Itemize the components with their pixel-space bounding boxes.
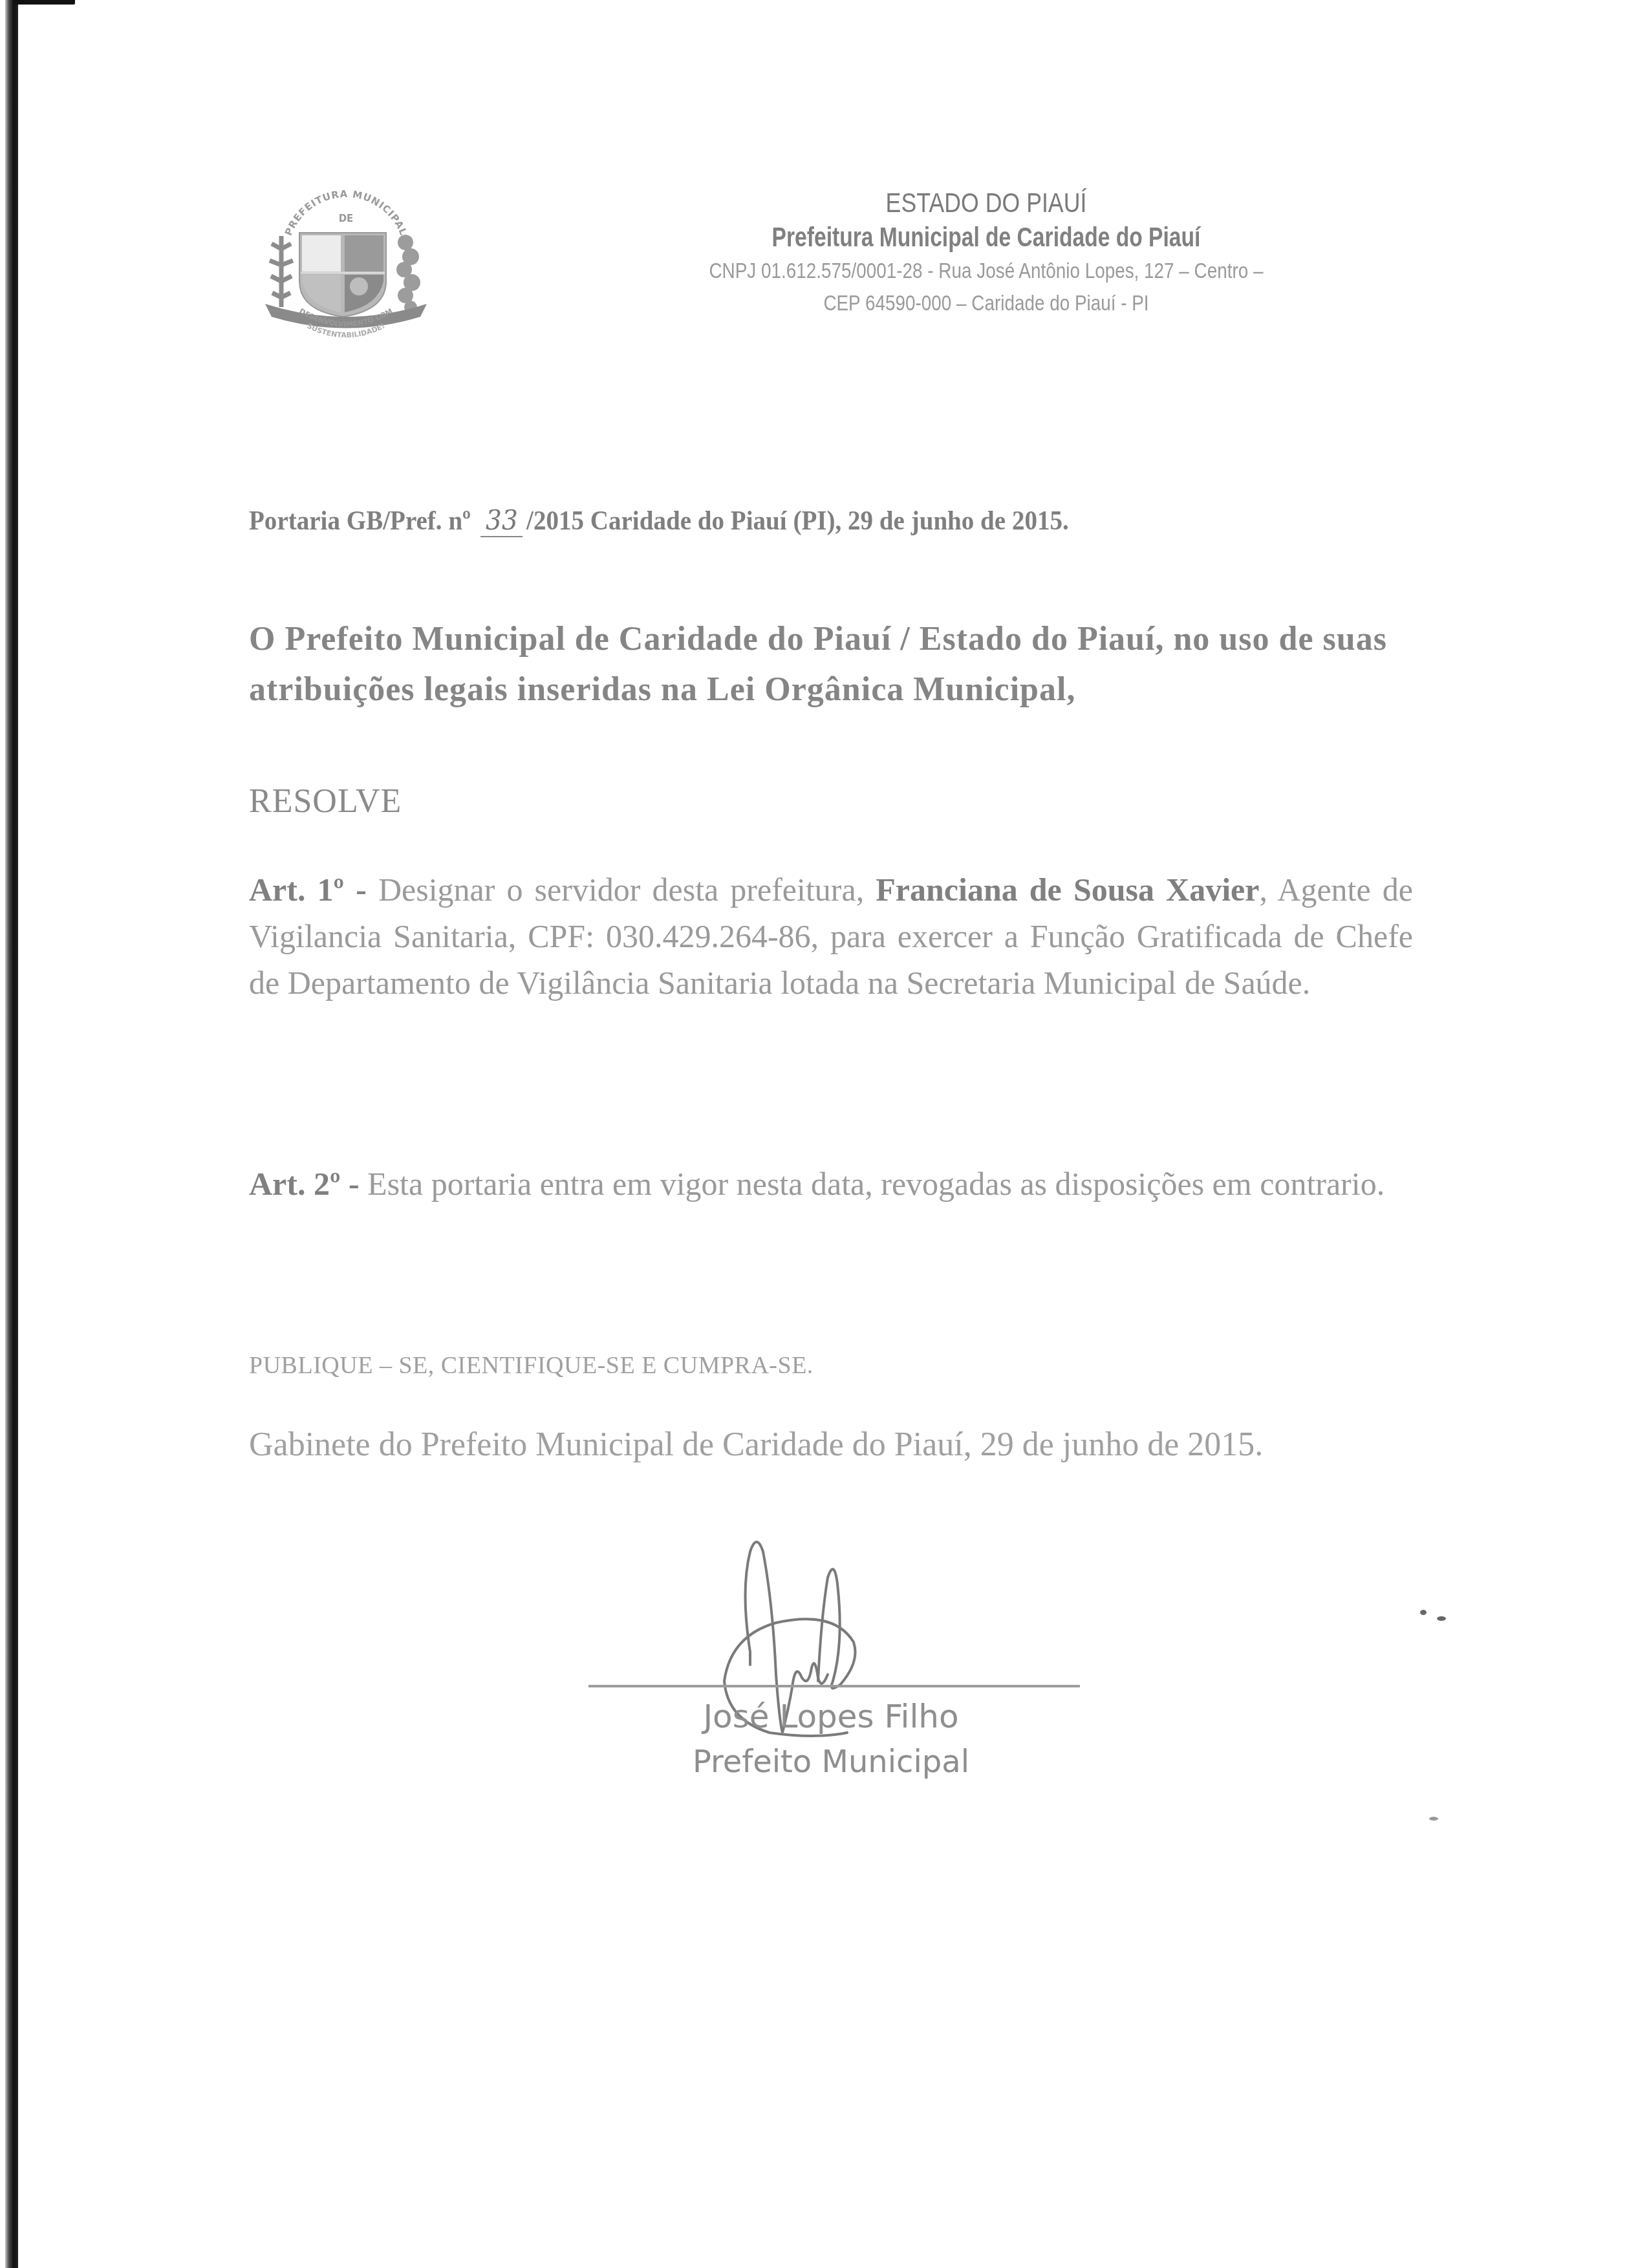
signatory-name: José Lopes Filho — [585, 1694, 1077, 1739]
article-2: Art. 2º - Esta portaria entra em vigor n… — [249, 1161, 1413, 1207]
article-2-text: Esta portaria entra em vigor nesta data,… — [360, 1166, 1385, 1202]
signature-line — [588, 1685, 1080, 1687]
article-1-text-before: Designar o servidor desta prefeitura, — [367, 872, 876, 908]
signatory-block: José Lopes Filho Prefeito Municipal — [585, 1694, 1077, 1784]
scan-speck — [1429, 1817, 1438, 1821]
cep-city: CEP 64590-000 – Caridade do Piauí - PI — [655, 287, 1318, 319]
scan-border-left — [5, 0, 18, 2268]
portaria-heading: Portaria GB/Pref. nº 33/2015 Caridade do… — [249, 504, 1069, 537]
article-2-label: Art. 2º - — [249, 1166, 360, 1202]
portaria-number: 33 — [480, 504, 523, 537]
resolve-heading: RESOLVE — [249, 782, 402, 820]
designated-employee-name: Franciana de Sousa Xavier — [876, 872, 1259, 908]
state-name: ESTADO DO PIAUÍ — [643, 186, 1330, 220]
scan-speck — [1420, 1610, 1427, 1615]
svg-text:DE: DE — [339, 213, 354, 224]
signatory-title: Prefeito Municipal — [585, 1739, 1077, 1784]
cnpj-address: CNPJ 01.612.575/0001-28 - Rua José Antôn… — [655, 255, 1318, 287]
article-1-label: Art. 1º - — [249, 872, 367, 908]
place-and-date: Gabinete do Prefeito Municipal de Carida… — [249, 1426, 1263, 1464]
prefecture-name: Prefeitura Municipal de Caridade do Piau… — [663, 220, 1309, 255]
scan-border-top — [13, 0, 75, 5]
coat-of-arms-icon: PREFEITURA MUNICIPAL DE DESENVOLVIMENTO … — [262, 184, 430, 339]
closing-formula: PUBLIQUE – SE, CIENTIFIQUE-SE E CUMPRA-S… — [249, 1351, 814, 1380]
scan-speck — [1437, 1616, 1446, 1621]
article-1: Art. 1º - Designar o servidor desta pref… — [249, 866, 1413, 1006]
preamble: O Prefeito Municipal de Caridade do Piau… — [249, 614, 1413, 715]
letterhead: ESTADO DO PIAUÍ Prefeitura Municipal de … — [582, 186, 1390, 319]
portaria-suffix: /2015 Caridade do Piauí (PI), 29 de junh… — [526, 506, 1069, 536]
portaria-prefix: Portaria GB/Pref. nº — [249, 506, 471, 536]
document-page: PREFEITURA MUNICIPAL DE DESENVOLVIMENTO … — [0, 0, 1649, 2268]
